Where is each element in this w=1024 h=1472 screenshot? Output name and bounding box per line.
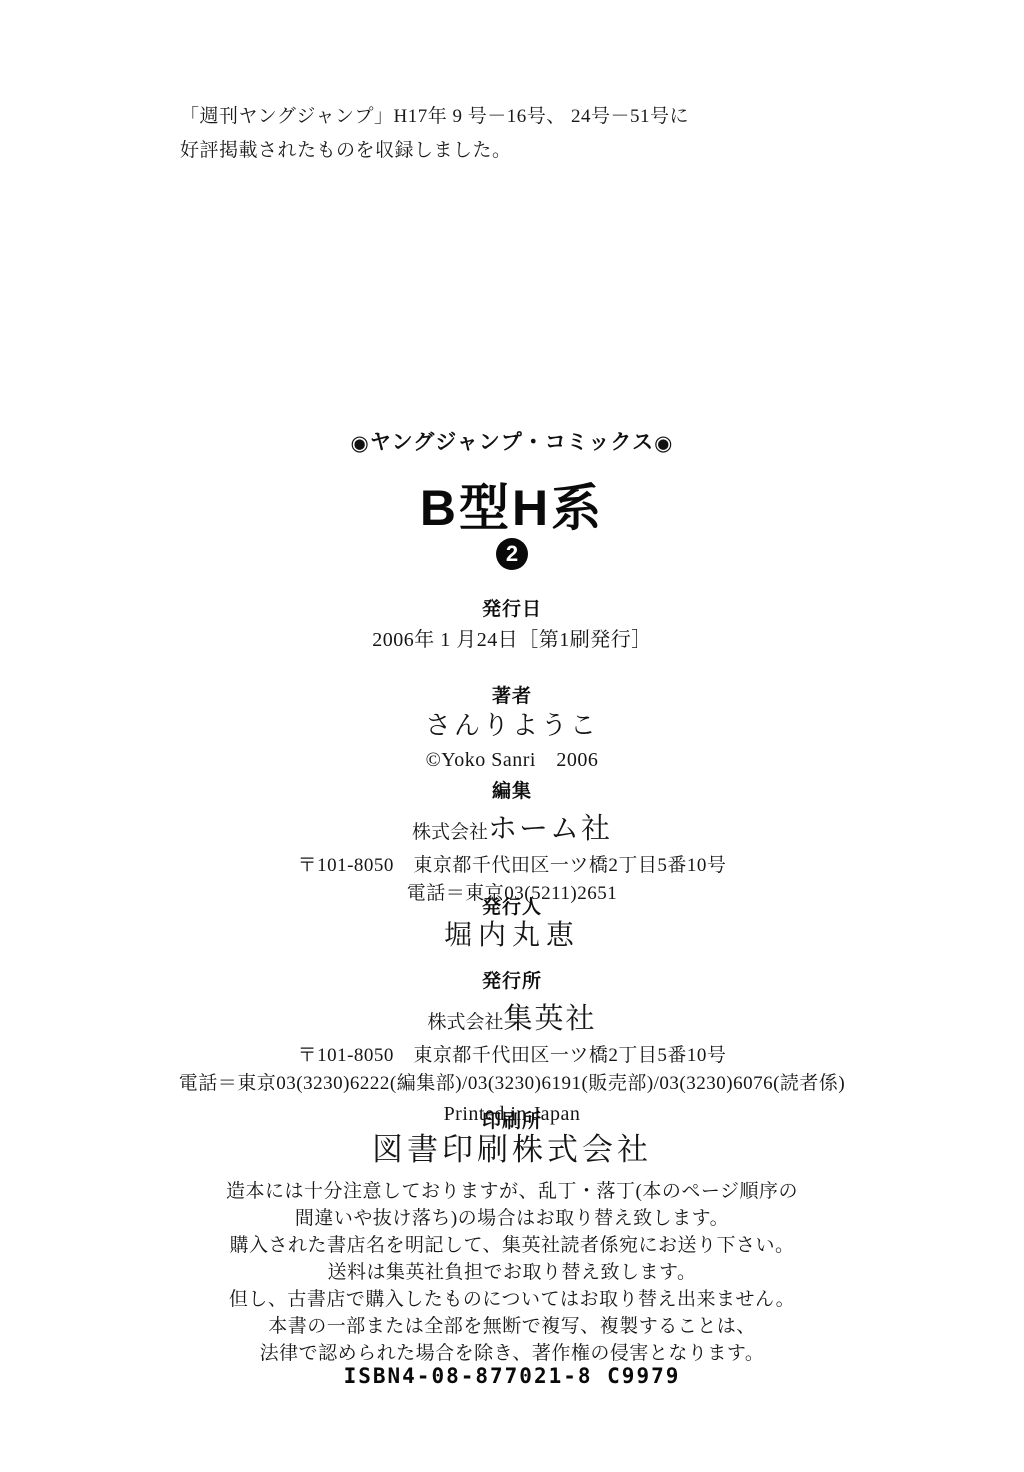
bullseye-icon: ◉	[351, 432, 370, 455]
bullseye-icon: ◉	[654, 432, 673, 455]
editor-company-prefix: 株式会社	[412, 822, 488, 843]
isbn-code: ISBN4-08-877021-8 C9979	[0, 1364, 1024, 1388]
publisher-phone: 電話＝東京03(3230)6222(編集部)/03(3230)6191(販売部)…	[0, 1071, 1024, 1097]
book-title: B型H系	[0, 468, 1024, 540]
notice-line: 但し、古書店で購入したものについてはお取り替え出来ません。	[0, 1286, 1024, 1313]
section-publisher-person: 発行人 堀内丸恵	[0, 892, 1024, 949]
publisher-company: 株式会社集英社	[0, 996, 1024, 1037]
section-publisher: 発行所 株式会社集英社 〒101-8050 東京都千代田区一ツ橋2丁目5番10号…	[0, 966, 1024, 1127]
editor-heading: 編集	[0, 776, 1024, 803]
publication-date-heading: 発行日	[0, 594, 1024, 621]
notice-line: 本書の一部または全部を無断で複写、複製することは、	[0, 1313, 1024, 1340]
magazine-note-line2: 好評掲載されたものを収録しました。	[180, 134, 689, 168]
notice-line: 間違いや抜け落ち)の場合はお取り替え致します。	[0, 1205, 1024, 1232]
magazine-note-line1: 「週刊ヤングジャンプ」H17年 9 号－16号、 24号－51号に	[180, 100, 689, 134]
publisher-heading: 発行所	[0, 966, 1024, 993]
publisher-company-prefix: 株式会社	[427, 1012, 503, 1033]
section-author: 著者 さんりようこ ©Yoko Sanri 2006	[0, 681, 1024, 773]
section-publication-date: 発行日 2006年 1 月24日［第1刷発行］	[0, 594, 1024, 653]
series-label-line: ◉ヤングジャンプ・コミックス◉	[0, 426, 1024, 456]
publisher-address: 〒101-8050 東京都千代田区一ツ橋2丁目5番10号	[0, 1043, 1024, 1069]
notice-line: 購入された書店名を明記して、集英社読者係宛にお送り下さい。	[0, 1232, 1024, 1259]
publisher-person-heading: 発行人	[0, 892, 1024, 919]
section-editor: 編集 株式会社ホーム社 〒101-8050 東京都千代田区一ツ橋2丁目5番10号…	[0, 776, 1024, 907]
notice-line: 送料は集英社負担でお取り替え致します。	[0, 1259, 1024, 1286]
colophon-page: 「週刊ヤングジャンプ」H17年 9 号－16号、 24号－51号に 好評掲載され…	[0, 0, 1024, 1472]
editor-address: 〒101-8050 東京都千代田区一ツ橋2丁目5番10号	[0, 853, 1024, 879]
publisher-person-name: 堀内丸恵	[0, 923, 1024, 949]
notice-line: 法律で認められた場合を除き、著作権の侵害となります。	[0, 1340, 1024, 1367]
notice-line: 造本には十分注意しておりますが、乱丁・落丁(本のページ順序の	[0, 1178, 1024, 1205]
series-label: ヤングジャンプ・コミックス	[370, 431, 654, 454]
printer-heading: 印刷所	[0, 1106, 1024, 1133]
editor-company: 株式会社ホーム社	[0, 806, 1024, 847]
publisher-company-name: 集英社	[504, 1003, 597, 1035]
magazine-serialization-note: 「週刊ヤングジャンプ」H17年 9 号－16号、 24号－51号に 好評掲載され…	[180, 100, 689, 168]
editor-company-name: ホーム社	[488, 813, 612, 845]
copyright-notice: ©Yoko Sanri 2006	[0, 747, 1024, 773]
volume-row: 2	[0, 538, 1024, 570]
binding-copyright-notice: 造本には十分注意しておりますが、乱丁・落丁(本のページ順序の 間違いや抜け落ち)…	[0, 1178, 1024, 1367]
author-name: さんりようこ	[0, 713, 1024, 739]
section-printer: 印刷所 図書印刷株式会社	[0, 1106, 1024, 1163]
printer-name: 図書印刷株式会社	[0, 1137, 1024, 1163]
publication-date-value: 2006年 1 月24日［第1刷発行］	[0, 627, 1024, 653]
author-heading: 著者	[0, 681, 1024, 708]
volume-number-badge: 2	[496, 538, 528, 570]
